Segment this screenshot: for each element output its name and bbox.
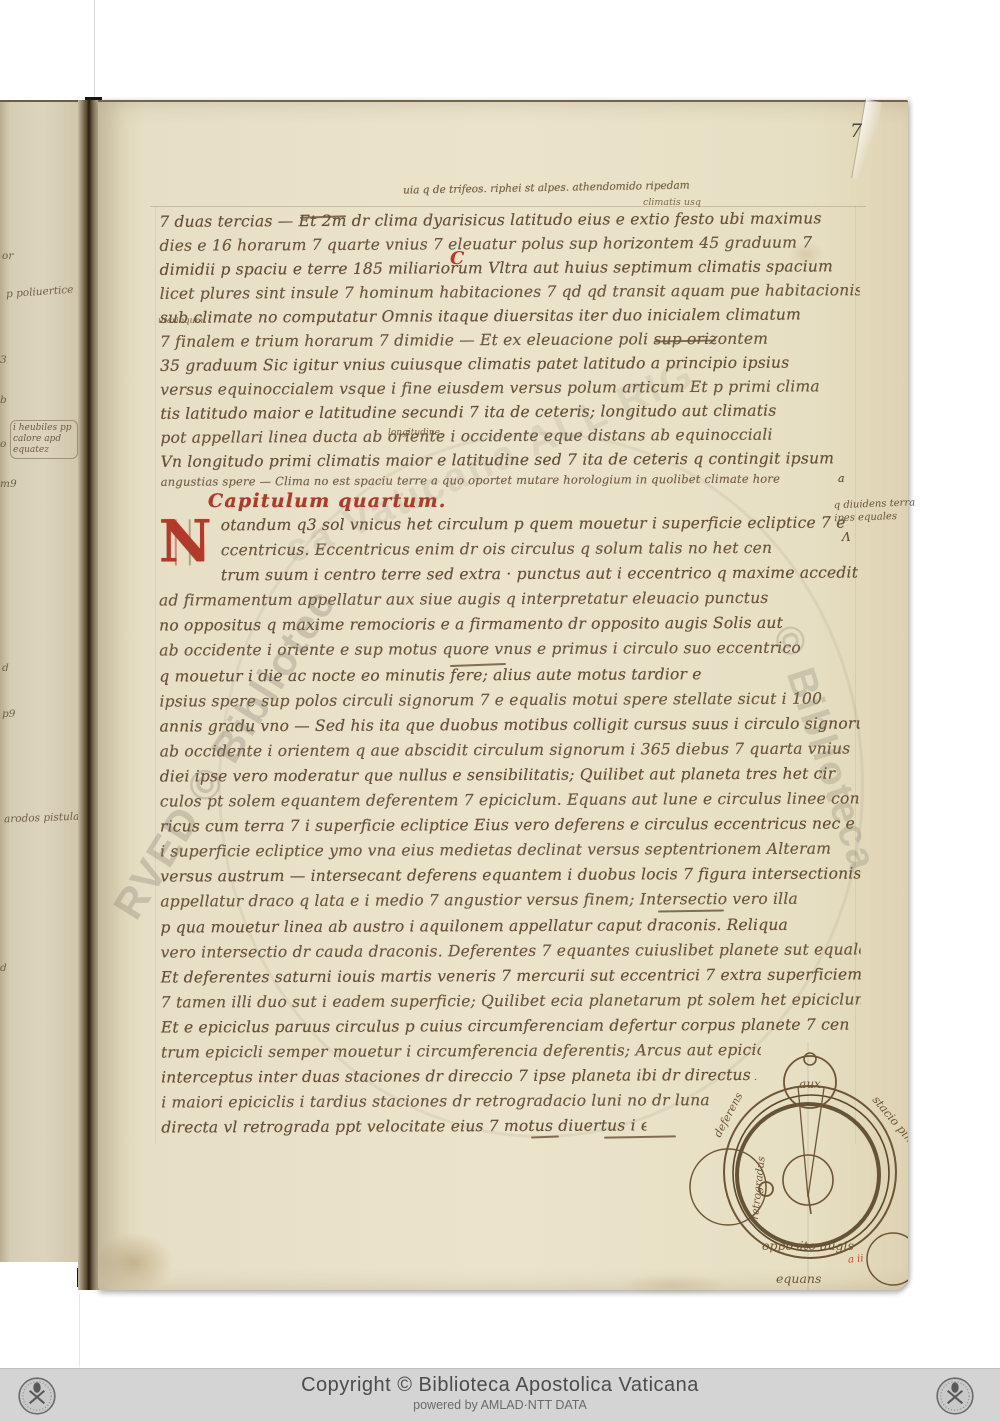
boxed-note-line: equatez bbox=[13, 445, 75, 456]
equant-circle bbox=[724, 1086, 896, 1258]
margin-flourish: a bbox=[838, 472, 845, 485]
marginal-note-fragment: 3 bbox=[0, 354, 7, 366]
manuscript-line: licet plures sint insule 7 hominum habit… bbox=[160, 278, 860, 306]
watermark-ellipse bbox=[218, 432, 864, 1138]
powered-by-text: powered by AMLAD·NTT DATA bbox=[0, 1398, 1000, 1412]
manuscript-line: dies e 16 horarum 7 quarte vnius 7 eleua… bbox=[159, 230, 859, 258]
marginal-note-fragment: d bbox=[0, 962, 7, 974]
viewer-footer: Copyright © Biblioteca Apostolica Vatica… bbox=[0, 1368, 1000, 1422]
label-deferens: deferens bbox=[711, 1090, 745, 1139]
boxed-note-line: calore apd bbox=[13, 434, 75, 445]
scan-fold-line bbox=[79, 1295, 80, 1367]
label-equans: equans bbox=[776, 1271, 821, 1286]
planet-at-aux bbox=[804, 1053, 816, 1065]
boxed-marginal-note: i heubiles ppcalore apdequatez bbox=[10, 420, 78, 459]
marginal-note-fragment: m9 bbox=[0, 478, 17, 490]
label-aux: aux bbox=[799, 1077, 821, 1091]
marginal-note-fragment: o bbox=[0, 438, 6, 450]
ruling-line bbox=[155, 206, 156, 1144]
right-margin-line: ipes equales bbox=[834, 510, 904, 525]
red-paragraph-mark: C bbox=[450, 248, 464, 269]
manuscript-line: 7 finalem e trium horarum 7 dimidie — Et… bbox=[160, 326, 860, 354]
marginal-note-fragment: or bbox=[2, 250, 13, 262]
copyright-text: Copyright © Biblioteca Apostolica Vatica… bbox=[0, 1374, 1000, 1397]
binding-thread bbox=[94, 0, 95, 100]
facing-page-edge: orp poliuertice3bom9dp9arodos pistulad i… bbox=[0, 100, 80, 1262]
marginal-note-fragment: p9 bbox=[2, 708, 15, 720]
vatican-library-seal bbox=[934, 1375, 976, 1417]
manuscript-page: 7 uia q de trifeos. riphei st alpes. ath… bbox=[98, 100, 908, 1290]
interlinear-gloss: longitudine. bbox=[388, 428, 443, 438]
interlinear-gloss: uterinqum bbox=[158, 316, 203, 326]
right-margin-note: q diuidens terraipes equales bbox=[834, 497, 905, 525]
manuscript-line: sub climate no computatur Omnis itaque d… bbox=[160, 302, 860, 330]
red-quire-mark: a ii bbox=[847, 1253, 864, 1266]
decorated-initial: N bbox=[159, 515, 215, 565]
marginal-note-fragment: b bbox=[0, 394, 7, 406]
label-retrogradus: retrogradus bbox=[749, 1155, 768, 1220]
marginal-note-fragment: arodos pistula bbox=[4, 811, 80, 826]
manuscript-line: versus equinoccialem vsque i fine eiusde… bbox=[160, 374, 860, 402]
manuscript-line: 35 graduum Sic igitur vnius cuiusque cli… bbox=[160, 350, 860, 378]
margin-flourish: Λ bbox=[842, 530, 851, 544]
manuscript-book: orp poliuertice3bom9dp9arodos pistulad i… bbox=[0, 100, 940, 1292]
marginal-note-fragment: d bbox=[2, 662, 9, 674]
marginal-note-fragment: p poliuertice bbox=[6, 284, 74, 301]
manuscript-line: 7 duas tercias — Et 2m dr clima dyarisic… bbox=[159, 206, 859, 234]
book-gutter bbox=[78, 100, 100, 1290]
top-annotation: uia q de trifeos. riphei st alpes. athen… bbox=[403, 179, 690, 196]
parchment-stain bbox=[94, 1232, 174, 1294]
label-statio-prima: stacio pima bbox=[870, 1093, 908, 1153]
boxed-note-line: i heubiles pp bbox=[13, 423, 75, 434]
epicycle-bottom-right bbox=[867, 1233, 908, 1285]
label-oppositio-augis: opposito augis bbox=[762, 1238, 854, 1253]
manuscript-line: tis latitudo maior e latitudine secundi … bbox=[160, 398, 860, 426]
folio-number: 7 bbox=[850, 120, 862, 142]
manuscript-line: dimidii p spaciu e terre 185 miliariorum… bbox=[160, 254, 860, 282]
